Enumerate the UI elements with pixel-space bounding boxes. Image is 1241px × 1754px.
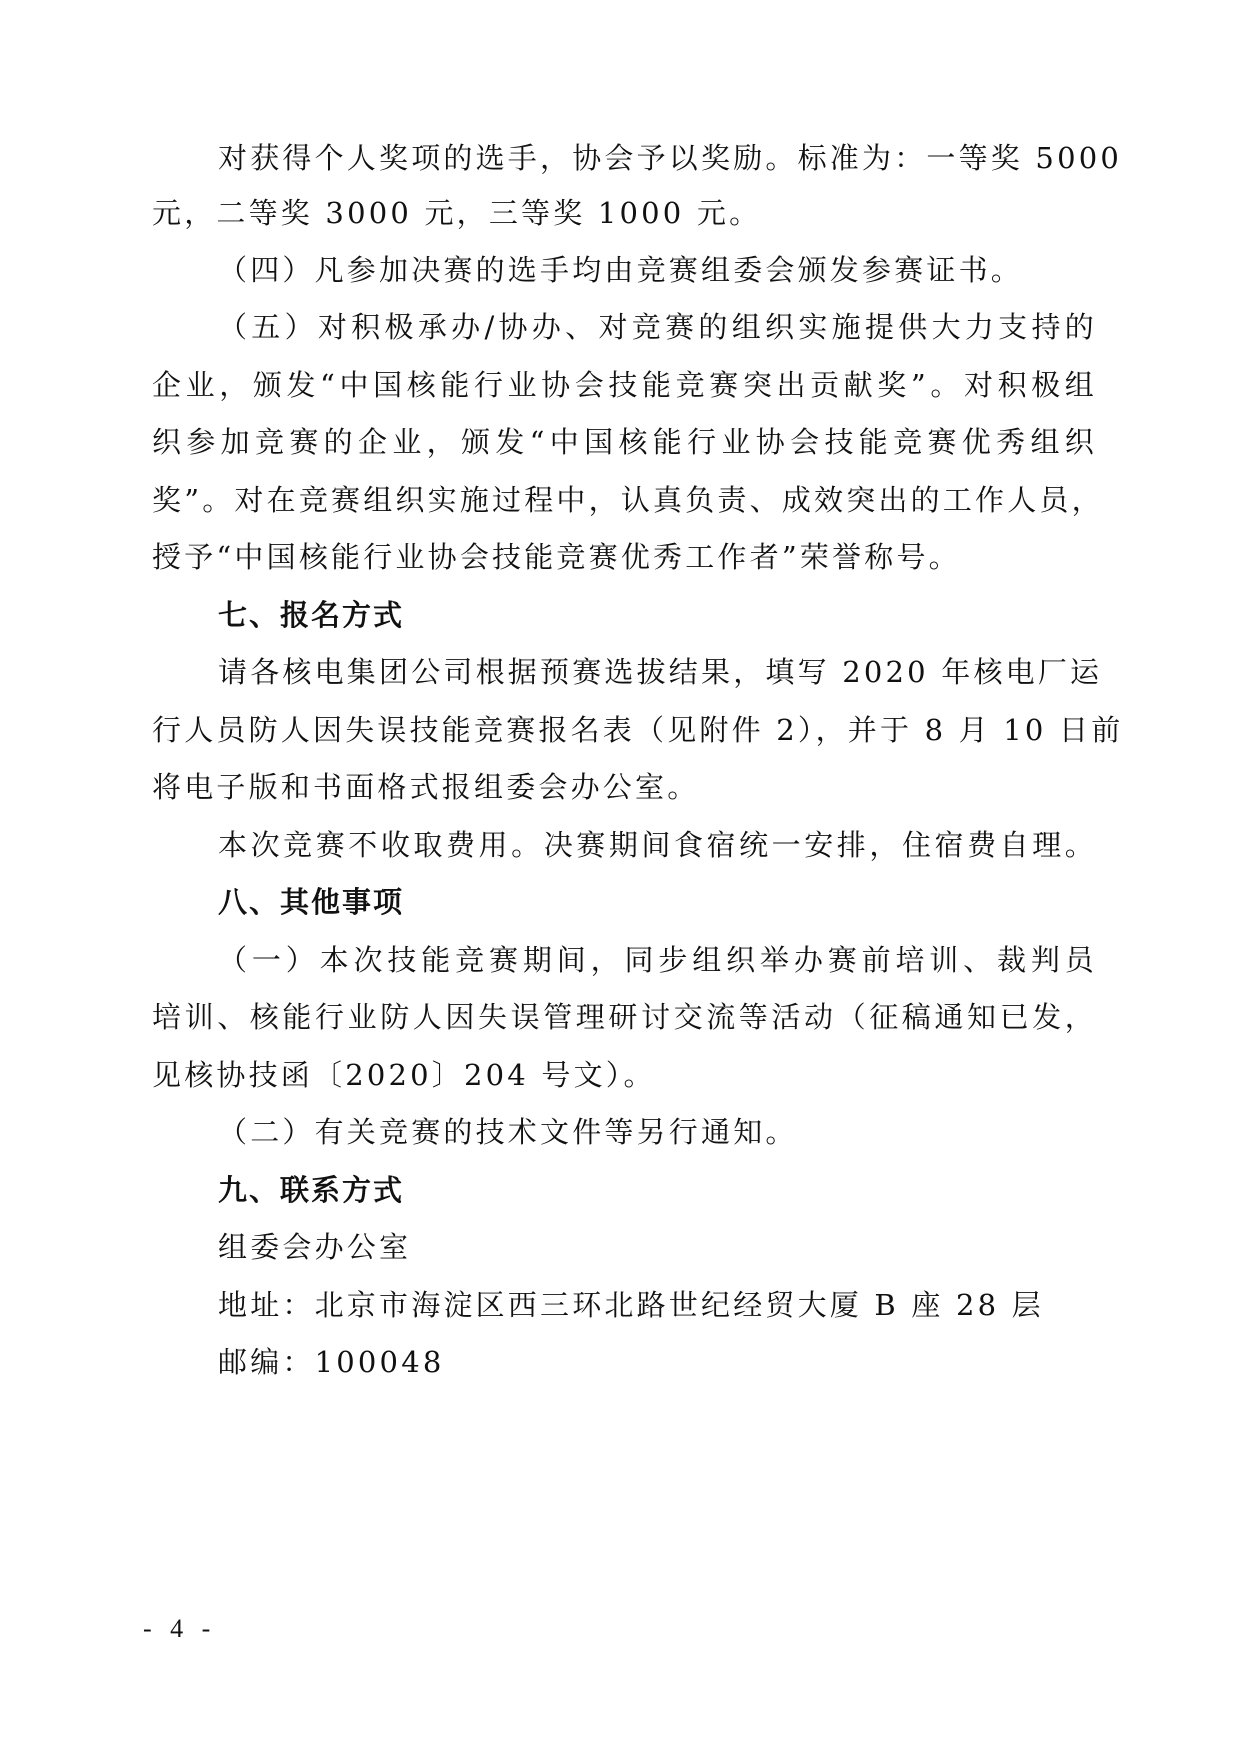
- contact-postcode: 邮编：100048: [218, 1342, 1097, 1382]
- section-heading-contact: 九、联系方式: [218, 1170, 1097, 1210]
- awards-item-5-line-4: 奖”。对在竞赛组织实施过程中，认真负责、成效突出的工作人员，: [152, 480, 1097, 520]
- other-item-1-line-2: 培训、核能行业防人因失误管理研讨交流等活动（征稿通知已发，: [152, 997, 1097, 1037]
- registration-paragraph-line-1: 请各核电集团公司根据预赛选拔结果，填写 2020 年核电厂运: [218, 652, 1097, 692]
- registration-paragraph-line-3: 将电子版和书面格式报组委会办公室。: [152, 767, 1097, 807]
- registration-fee-paragraph: 本次竞赛不收取费用。决赛期间食宿统一安排，住宿费自理。: [218, 825, 1097, 865]
- other-item-2: （二）有关竞赛的技术文件等另行通知。: [218, 1112, 1097, 1152]
- awards-item-5-line-3: 织参加竞赛的企业，颁发“中国核能行业协会技能竞赛优秀组织: [152, 422, 1097, 462]
- other-item-1-line-1: （一）本次技能竞赛期间，同步组织举办赛前培训、裁判员: [218, 940, 1097, 980]
- section-heading-other: 八、其他事项: [218, 882, 1097, 922]
- awards-paragraph-line-2: 元，二等奖 3000 元，三等奖 1000 元。: [152, 193, 1097, 233]
- document-page: 对获得个人奖项的选手，协会予以奖励。标准为：一等奖 5000 元，二等奖 300…: [0, 0, 1241, 1754]
- contact-office: 组委会办公室: [218, 1227, 1097, 1267]
- contact-address: 地址：北京市海淀区西三环北路世纪经贸大厦 B 座 28 层: [218, 1285, 1097, 1325]
- awards-item-4: （四）凡参加决赛的选手均由竞赛组委会颁发参赛证书。: [218, 250, 1097, 290]
- awards-item-5-line-2: 企业，颁发“中国核能行业协会技能竞赛突出贡献奖”。对积极组: [152, 365, 1097, 405]
- page-number: - 4 -: [143, 1612, 216, 1646]
- registration-paragraph-line-2: 行人员防人因失误技能竞赛报名表（见附件 2），并于 8 月 10 日前: [152, 710, 1097, 750]
- section-heading-registration: 七、报名方式: [218, 595, 1097, 635]
- awards-paragraph-line-1: 对获得个人奖项的选手，协会予以奖励。标准为：一等奖 5000: [218, 138, 1097, 178]
- awards-item-5-line-1: （五）对积极承办/协办、对竞赛的组织实施提供大力支持的: [218, 307, 1097, 347]
- awards-item-5-line-5: 授予“中国核能行业协会技能竞赛优秀工作者”荣誉称号。: [152, 537, 1097, 577]
- other-item-1-line-3: 见核协技函〔2020〕204 号文）。: [152, 1055, 1097, 1095]
